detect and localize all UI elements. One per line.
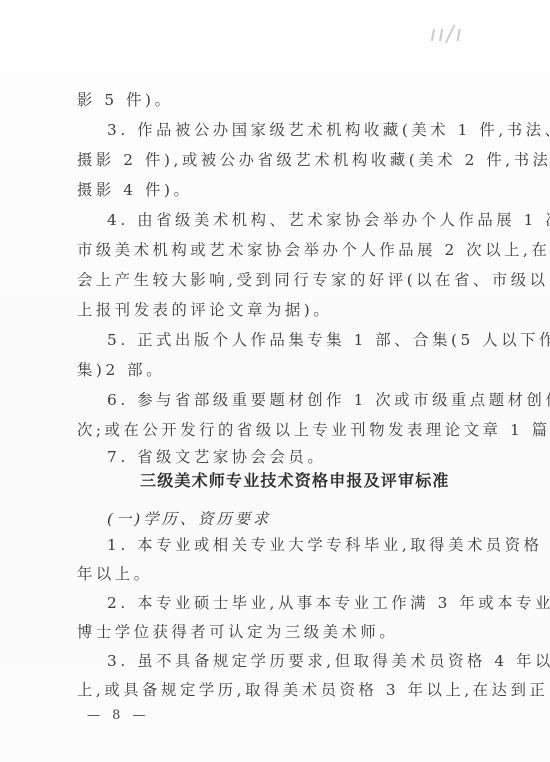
text-line: 6. 参与省部级重要题材创作 1 次或市级重点题材创作 2 (107, 390, 477, 410)
text-line: 3. 作品被公办国家级艺术机构收藏(美术 1 件,书法、 (107, 120, 477, 140)
subsection-title: (一)学历、资历要求 (107, 507, 271, 529)
text-line: 会上产生较大影响,受到同行专家的好评(以在省、市级以 (77, 270, 477, 290)
text-line: 2. 本专业硕士毕业,从事本专业工作满 3 年或本专业 (107, 593, 477, 613)
text-line: 1. 本专业或相关专业大学专科毕业,取得美术员资格 4 (107, 535, 477, 555)
text-line: 5. 正式出版个人作品集专集 1 部、合集(5 人以下作品 (107, 330, 477, 350)
text-line: 年以上。 (77, 564, 477, 584)
text-line: 博士学位获得者可认定为三级美术师。 (77, 622, 477, 642)
text-line: 市级美术机构或艺术家协会举办个人作品展 2 次以上,在社 (77, 240, 477, 260)
section-title: 三级美术师专业技术资格申报及评审标准 (140, 468, 450, 491)
text-line: 上,或具备规定学历,取得美术员资格 3 年以上,在达到正 (77, 680, 477, 700)
text-line: 3. 虽不具备规定学历要求,但取得美术员资格 4 年以 (107, 651, 477, 671)
text-line: 影 5 件)。 (77, 90, 477, 110)
text-line: 次;或在公开发行的省级以上专业刊物发表理论文章 1 篇。 (77, 420, 477, 440)
text-line: 集)2 部。 (77, 360, 477, 380)
text-line: 7. 省级文艺家协会会员。 (107, 447, 477, 467)
document-page: ıı/ı 影 5 件)。 3. 作品被公办国家级艺术机构收藏(美术 1 件,书法… (0, 0, 550, 762)
page-number: — 8 — (87, 708, 150, 723)
handwritten-mark: ıı/ı (428, 22, 466, 47)
text-line: 4. 由省级美术机构、艺术家协会举办个人作品展 1 次, (107, 210, 477, 230)
text-line: 上报刊发表的评论文章为据)。 (77, 300, 477, 320)
text-line: 摄影 4 件)。 (77, 180, 477, 200)
text-line: 摄影 2 件),或被公办省级艺术机构收藏(美术 2 件,书法、 (77, 150, 477, 170)
